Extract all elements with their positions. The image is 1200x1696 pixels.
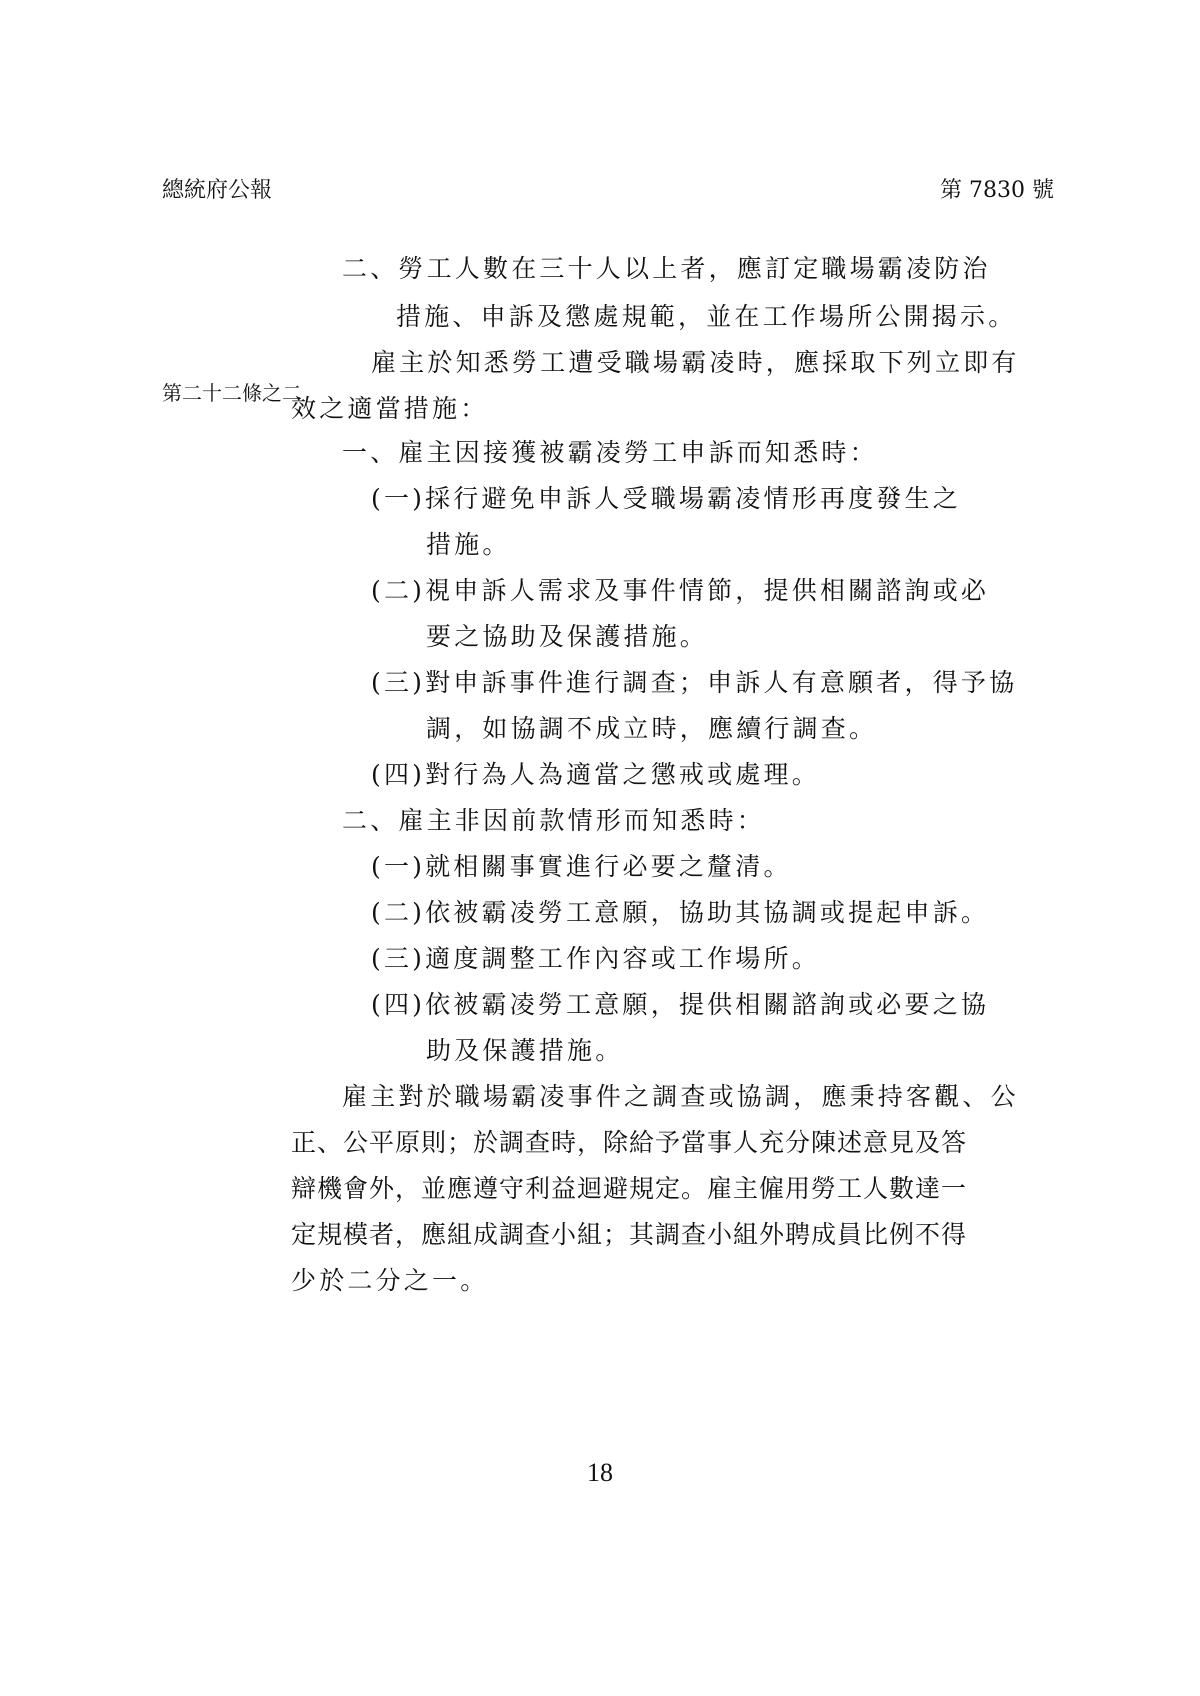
text-line: 雇主對於職場霸凌事件之調查或協調，應秉持客觀、公 xyxy=(342,1080,1019,1114)
text-line: (四)對行為人為適當之懲戒或處理。 xyxy=(371,758,820,792)
text-line: 雇主於知悉勞工遭受職場霸凌時，應採取下列立即有 xyxy=(371,346,1020,380)
text-line: 要之協助及保護措施。 xyxy=(426,620,708,654)
page-number: 18 xyxy=(0,1456,1200,1490)
text-line: 助及保護措施。 xyxy=(426,1034,623,1068)
text-line: (二)視申訴人需求及事件情節，提供相關諮詢或必 xyxy=(371,574,989,608)
text-line: (一)就相關事實進行必要之釐清。 xyxy=(371,850,792,884)
text-line: 措施。 xyxy=(426,528,511,562)
text-line: 正、公平原則；於調查時，除給予當事人充分陳述意見及答 xyxy=(291,1126,967,1160)
text-line: 二、勞工人數在三十人以上者，應訂定職場霸凌防治 xyxy=(342,252,991,286)
text-line: 辯機會外，並應遵守利益迴避規定。雇主僱用勞工人數達一 xyxy=(291,1172,967,1206)
text-line: (三)適度調整工作內容或工作場所。 xyxy=(371,942,820,976)
text-line: (一)採行避免申訴人受職場霸凌情形再度發生之 xyxy=(371,482,961,516)
text-line: 定規模者，應組成調查小組；其調查小組外聘成員比例不得 xyxy=(291,1218,967,1252)
text-line: 二、雇主非因前款情形而知悉時： xyxy=(342,804,765,838)
text-line: 措施、申訴及懲處規範，並在工作場所公開揭示。 xyxy=(396,300,1016,334)
text-line: 效之適當措施： xyxy=(291,392,488,426)
text-line: 一、雇主因接獲被霸凌勞工申訴而知悉時： xyxy=(342,436,878,470)
text-line: (二)依被霸凌勞工意願，協助其協調或提起申訴。 xyxy=(371,896,989,930)
page-header-issue-number: 第 7830 號 xyxy=(940,176,1054,206)
text-line: 調，如協調不成立時，應續行調查。 xyxy=(426,712,877,746)
article-number-label: 第二十二條之二 xyxy=(162,376,302,410)
text-line: (三)對申訴事件進行調查；申訴人有意願者，得予協 xyxy=(371,666,1017,700)
text-line: 少於二分之一。 xyxy=(291,1264,488,1298)
text-line: (四)依被霸凌勞工意願，提供相關諮詢或必要之協 xyxy=(371,988,989,1022)
page-header-publication: 總統府公報 xyxy=(162,176,272,206)
